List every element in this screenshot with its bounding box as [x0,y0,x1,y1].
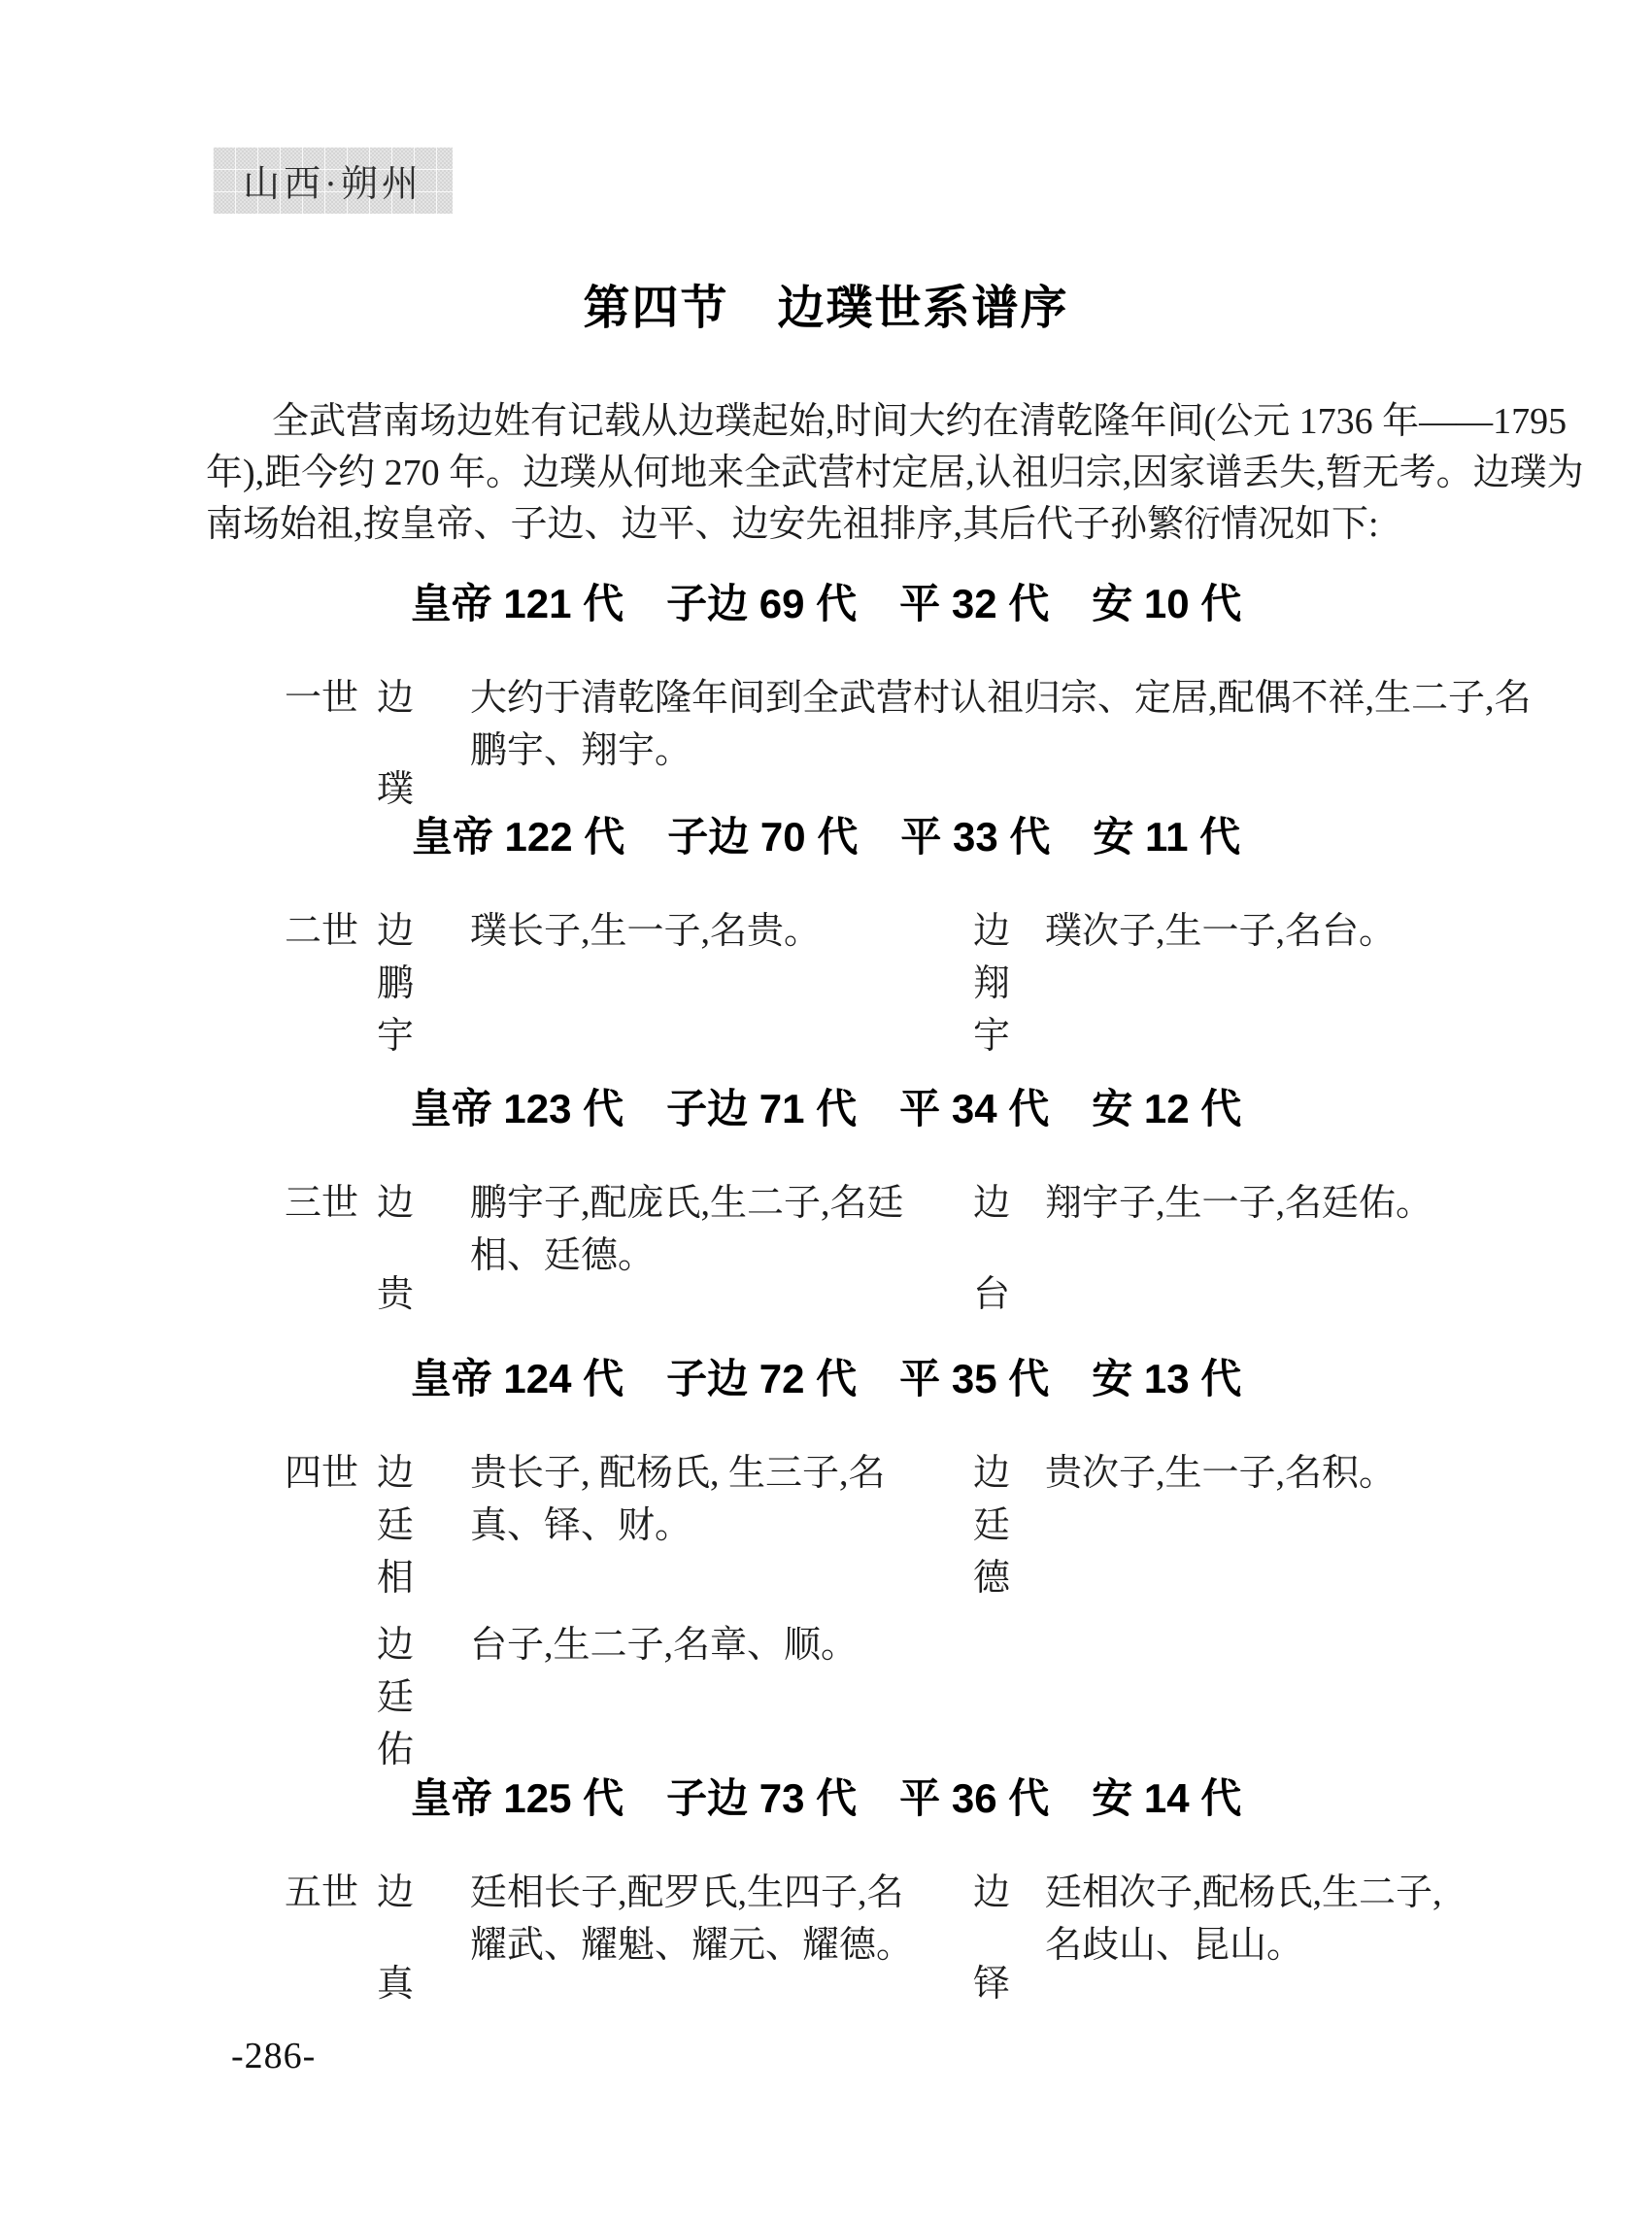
ancestor-name-char: 德 [973,1552,1045,1604]
ancestor-description: 贵长子, 配杨氏, 生三子,名真、铎、财。 [470,1447,886,1552]
ancestor-entry: 边廷相贵长子, 配杨氏, 生三子,名真、铎、财。 [377,1447,973,1604]
generation-count: 平 32 代 [899,575,1049,633]
section-title: 第四节 边璞世系谱序 [0,280,1652,338]
generation-section: 皇帝 124 代子边 72 代平 35 代安 13 代四世边廷相贵长子, 配杨氏… [0,1350,1652,1776]
ancestor-name-char: 边 [973,1867,1045,1919]
ancestor-description-line: 翔宇子,生一子,名廷佑。 [1045,1177,1433,1230]
generation-count: 皇帝 124 代 [411,1350,624,1408]
ancestor-name: 边廷相 [377,1447,470,1604]
ancestor-name: 边贵 [377,1177,470,1321]
ancestor-entry: 边贵鹏宇子,配庞氏,生二子,名廷相、廷德。 [377,1177,973,1321]
generation-count: 子边 70 代 [667,808,858,866]
ancestor-name: 边翔宇 [973,905,1045,1062]
ancestor-name-char: 真 [377,1958,470,2010]
generation-count-header: 皇帝 122 代子边 70 代平 33 代安 11 代 [0,808,1652,866]
ancestor-description-line: 名歧山、昆山。 [1045,1919,1442,1972]
ancestor-name-char: 边 [973,1177,1045,1230]
ancestor-name-char: 鹏 [377,958,470,1010]
generation-count: 安 13 代 [1092,1350,1241,1408]
ancestor-name-char: 边 [377,672,470,725]
generation-count-header: 皇帝 124 代子边 72 代平 35 代安 13 代 [0,1350,1652,1408]
ancestor-entry: 边廷德贵次子,生一子,名积。 [973,1447,1396,1604]
generation-count: 平 34 代 [899,1080,1049,1138]
ancestor-description: 璞次子,生一子,名台。 [1045,905,1396,958]
ancestor-name-char: 贵 [377,1268,470,1321]
ancestor-name-char: 佑 [377,1724,470,1776]
ancestor-name: 边铎 [973,1867,1045,2010]
ancestor-name-char: 边 [377,1619,470,1671]
intro-line: 南场始祖,按皇帝、子边、边平、边安先祖排序,其后代子孙繁衍情况如下: [206,499,1488,551]
generation-row: 五世边真廷相长子,配罗氏,生四子,名耀武、耀魁、耀元、耀德。边铎廷相次子,配杨氏… [0,1867,1652,2010]
generation-section: 皇帝 123 代子边 71 代平 34 代安 12 代三世边贵鹏宇子,配庞氏,生… [0,1080,1652,1321]
ancestor-description-line: 璞次子,生一子,名台。 [1045,905,1396,958]
ancestor-description-line: 鹏宇子,配庞氏,生二子,名廷 [470,1177,904,1230]
generation-count: 子边 73 代 [666,1770,857,1828]
ancestor-description-line: 廷相次子,配杨氏,生二子, [1045,1867,1442,1919]
ancestor-name: 边璞 [377,672,470,816]
generation-label: 五世 [285,1867,377,1919]
ancestor-name-char: 廷 [377,1500,470,1552]
ancestor-name-char: 边 [377,1177,470,1230]
ancestor-name: 边真 [377,1867,470,2010]
generation-count-header: 皇帝 121 代子边 69 代平 32 代安 10 代 [0,575,1652,633]
ancestor-entry: 边廷佑台子,生二子,名章、顺。 [377,1619,858,1776]
ancestor-entry: 边鹏宇璞长子,生一子,名贵。 [377,905,973,1062]
intro-line: 全武营南场边姓有记载从边璞起始,时间大约在清乾隆年间(公元 1736 年——17… [206,396,1488,448]
generation-label: 三世 [285,1177,377,1230]
ancestor-name-char: 铎 [973,1958,1045,2010]
generation-row: 二世边鹏宇璞长子,生一子,名贵。边翔宇璞次子,生一子,名台。 [0,905,1652,1062]
ancestor-description-line: 大约于清乾隆年间到全武营村认祖归宗、定居,配偶不祥,生二子,名 [470,672,1532,725]
ancestor-name-char: 廷 [973,1500,1045,1552]
ancestor-name: 边鹏宇 [377,905,470,1062]
intro-line: 年),距今约 270 年。边璞从何地来全武营村定居,认祖归宗,因家谱丢失,暂无考… [206,448,1488,499]
ancestor-description-line: 廷相长子,配罗氏,生四子,名 [470,1867,913,1919]
ancestor-name-char: 翔 [973,958,1045,1010]
generation-count: 安 10 代 [1092,575,1241,633]
ancestor-description: 廷相次子,配杨氏,生二子,名歧山、昆山。 [1045,1867,1442,1972]
ancestor-description-line: 贵长子, 配杨氏, 生三子,名 [470,1447,886,1500]
generation-count: 子边 72 代 [666,1350,857,1408]
region-label: 山西·朔州 [213,147,453,214]
ancestor-entry: 边铎廷相次子,配杨氏,生二子,名歧山、昆山。 [973,1867,1442,2010]
page-number: -286- [231,2035,316,2077]
ancestor-description: 贵次子,生一子,名积。 [1045,1447,1396,1500]
ancestor-description-line: 璞长子,生一子,名贵。 [470,905,821,958]
generation-label: 二世 [285,905,377,958]
intro-paragraph: 全武营南场边姓有记载从边璞起始,时间大约在清乾隆年间(公元 1736 年——17… [206,396,1488,551]
ancestor-entry: 边翔宇璞次子,生一子,名台。 [973,905,1396,1062]
ancestor-name-char: 相 [377,1552,470,1604]
generation-row: 边廷佑台子,生二子,名章、顺。 [0,1619,1652,1776]
generation-count-header: 皇帝 123 代子边 71 代平 34 代安 12 代 [0,1080,1652,1138]
generation-row: 一世边璞大约于清乾隆年间到全武营村认祖归宗、定居,配偶不祥,生二子,名鹏宇、翔宇… [0,672,1652,816]
ancestor-name-char: 边 [973,905,1045,958]
ancestor-description: 台子,生二子,名章、顺。 [470,1619,858,1671]
ancestor-name-char: 边 [377,1867,470,1919]
generation-count: 皇帝 122 代 [412,808,624,866]
generation-count: 安 11 代 [1093,808,1240,866]
generation-count: 子边 71 代 [666,1080,857,1138]
ancestor-name-char: 宇 [377,1010,470,1062]
generation-row: 三世边贵鹏宇子,配庞氏,生二子,名廷相、廷德。边台翔宇子,生一子,名廷佑。 [0,1177,1652,1321]
ancestor-name-char: 边 [973,1447,1045,1500]
ancestor-description: 廷相长子,配罗氏,生四子,名耀武、耀魁、耀元、耀德。 [470,1867,913,1972]
ancestor-name-char: 台 [973,1268,1045,1321]
generation-label: 四世 [285,1447,377,1500]
ancestor-description-line: 相、廷德。 [470,1230,904,1282]
generation-count: 皇帝 123 代 [411,1080,624,1138]
generation-count: 皇帝 125 代 [411,1770,624,1828]
ancestor-entry: 边真廷相长子,配罗氏,生四子,名耀武、耀魁、耀元、耀德。 [377,1867,973,2010]
ancestor-name-char: 边 [377,1447,470,1500]
ancestor-description: 大约于清乾隆年间到全武营村认祖归宗、定居,配偶不祥,生二子,名鹏宇、翔宇。 [470,672,1532,777]
ancestor-description-line: 贵次子,生一子,名积。 [1045,1447,1396,1500]
ancestor-name-char: 边 [377,905,470,958]
ancestor-description-line: 耀武、耀魁、耀元、耀德。 [470,1919,913,1972]
generation-count: 子边 69 代 [666,575,857,633]
generation-row: 四世边廷相贵长子, 配杨氏, 生三子,名真、铎、财。边廷德贵次子,生一子,名积。 [0,1447,1652,1604]
generation-count: 平 36 代 [899,1770,1049,1828]
ancestor-description-line: 真、铎、财。 [470,1500,886,1552]
ancestor-entry: 边台翔宇子,生一子,名廷佑。 [973,1177,1433,1321]
ancestor-description-line: 台子,生二子,名章、顺。 [470,1619,858,1671]
ancestor-name: 边廷德 [973,1447,1045,1604]
generation-count: 平 33 代 [900,808,1050,866]
ancestor-description: 翔宇子,生一子,名廷佑。 [1045,1177,1433,1230]
ancestor-name: 边廷佑 [377,1619,470,1776]
ancestor-entry: 边璞大约于清乾隆年间到全武营村认祖归宗、定居,配偶不祥,生二子,名鹏宇、翔宇。 [377,672,1532,816]
generation-section: 皇帝 121 代子边 69 代平 32 代安 10 代一世边璞大约于清乾隆年间到… [0,575,1652,816]
ancestor-description: 璞长子,生一子,名贵。 [470,905,821,958]
generation-count: 皇帝 121 代 [411,575,624,633]
ancestor-name-char: 宇 [973,1010,1045,1062]
ancestor-name: 边台 [973,1177,1045,1321]
ancestor-description: 鹏宇子,配庞氏,生二子,名廷相、廷德。 [470,1177,904,1282]
generation-label: 一世 [285,672,377,725]
generation-count-header: 皇帝 125 代子边 73 代平 36 代安 14 代 [0,1770,1652,1828]
generation-count: 安 12 代 [1092,1080,1241,1138]
generation-count: 平 35 代 [899,1350,1049,1408]
ancestor-name-char: 廷 [377,1671,470,1724]
generation-count: 安 14 代 [1092,1770,1241,1828]
generation-section: 皇帝 125 代子边 73 代平 36 代安 14 代五世边真廷相长子,配罗氏,… [0,1770,1652,2010]
document-page: 山西·朔州 第四节 边璞世系谱序 全武营南场边姓有记载从边璞起始,时间大约在清乾… [0,0,1652,2226]
generation-section: 皇帝 122 代子边 70 代平 33 代安 11 代二世边鹏宇璞长子,生一子,… [0,808,1652,1062]
ancestor-description-line: 鹏宇、翔宇。 [470,725,1532,777]
